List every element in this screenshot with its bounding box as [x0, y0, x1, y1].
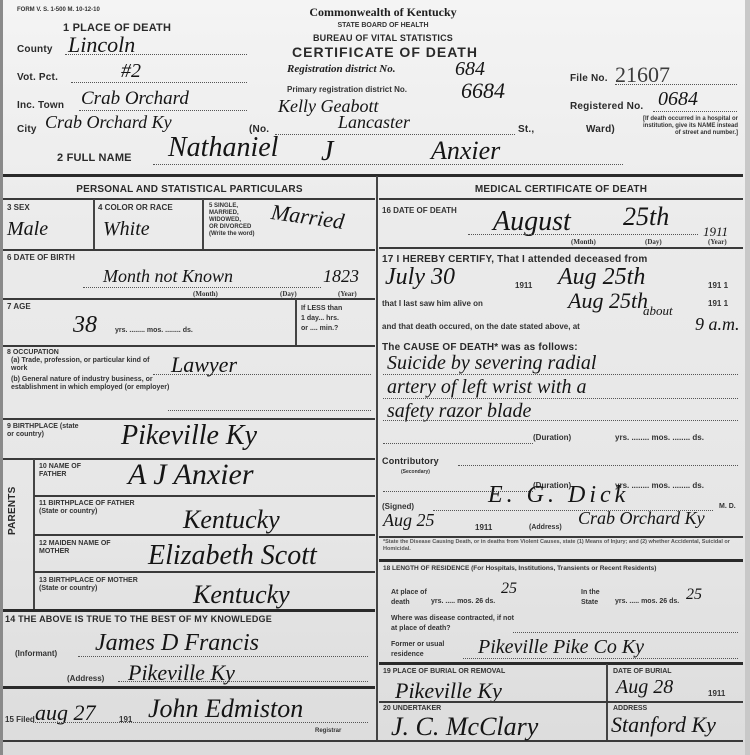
vot-pct-line: [71, 82, 247, 83]
former-residence-label: Former or usual residence: [391, 640, 461, 660]
occupation-label: 8 OCCUPATION: [7, 349, 59, 357]
row-rule: [379, 536, 743, 538]
birthplace-value: Pikeville Ky: [121, 420, 257, 452]
occupation-a-label: (a) Trade, profession, or particular kin…: [11, 357, 151, 373]
cause-rule: [383, 420, 738, 421]
cause-line-2: artery of left wrist with a: [387, 376, 586, 399]
section-rule: [379, 559, 743, 562]
date-of-death-label: 16 DATE OF DEATH: [382, 207, 457, 215]
contributory-label: Contributory: [382, 456, 439, 466]
full-name-first: Nathaniel: [168, 132, 278, 164]
signed-address-label: (Address): [529, 524, 562, 532]
header-divider: [3, 174, 743, 177]
age-value: 38: [73, 312, 97, 339]
signed-address-value: Crab Orchard Ky: [578, 508, 705, 529]
registered-no-line: [653, 111, 737, 112]
at-place-label: At place of death: [391, 588, 431, 608]
informant-address-label: (Address): [67, 675, 104, 683]
signed-value: E. G. Dick: [488, 482, 629, 509]
commonwealth-title: Commonwealth of Kentucky: [273, 5, 493, 20]
contracted-label: Where was disease contracted, if not at …: [391, 614, 521, 634]
form-number: FORM V. S. 1-500 M. 10-12-10: [17, 6, 100, 14]
age-label: 7 AGE: [7, 303, 31, 311]
inc-town-label: Inc. Town: [17, 100, 64, 111]
marital-label-line: (Write the word): [209, 231, 255, 238]
death-occurred-text: and that death occured, on the date stat…: [382, 323, 580, 331]
registration-district-label: Registration district No.: [287, 63, 396, 75]
row-rule: [34, 571, 375, 573]
less-than-line: If LESS than: [301, 304, 342, 314]
cause-rule: [383, 374, 738, 375]
marital-value: Married: [270, 199, 346, 235]
personal-heading-rule: [3, 198, 375, 200]
mother-birthplace-value: Kentucky: [193, 580, 290, 610]
column-divider: [376, 176, 378, 741]
registered-no-label: Registered No.: [570, 101, 643, 112]
attended-from: July 30: [385, 264, 455, 291]
former-residence-line: [463, 658, 738, 659]
less-than-line: 1 day... hrs.: [301, 314, 342, 324]
year-caption: (Year): [708, 238, 727, 246]
birthplace-label: 9 BIRTHPLACE (state or country): [7, 423, 87, 439]
year-caption: (Year): [338, 290, 357, 298]
sex-label: 3 SEX: [7, 204, 30, 212]
last-saw-value: Aug 25th: [568, 288, 648, 314]
mother-name-value: Elizabeth Scott: [148, 540, 317, 572]
undertaker-address-value: Stanford Ky: [611, 712, 716, 738]
race-value: White: [103, 218, 150, 241]
race-marital-divider: [202, 199, 204, 249]
medical-heading-rule: [379, 198, 743, 200]
sex-race-divider: [93, 199, 95, 249]
marital-label-line: OR DIVORCED: [209, 224, 255, 231]
burial-date-label: DATE OF BURIAL: [613, 668, 672, 676]
file-no-line: [615, 84, 737, 85]
month-caption: (Month): [193, 290, 218, 298]
bottom-rule: [3, 740, 743, 742]
death-certificate-scan: FORM V. S. 1-500 M. 10-12-10 1 PLACE OF …: [0, 0, 750, 755]
inc-town-line: [79, 110, 247, 111]
contributory-line: [458, 465, 738, 466]
last-saw-year: 191 1: [708, 300, 728, 308]
attended-to: Aug 25th: [558, 264, 645, 291]
cause-line-1: Suicide by severing radial: [387, 352, 596, 375]
attended-from-year: 1911: [515, 282, 532, 290]
city-value: Crab Orchard Ky: [45, 112, 172, 133]
month-caption: (Month): [571, 238, 596, 246]
informant-value: James D Francis: [95, 630, 259, 657]
full-name-last: Anxier: [431, 136, 500, 166]
date-of-death-day: 25th: [623, 202, 669, 232]
row-rule: [3, 298, 375, 300]
at-place-handwritten: 25: [501, 580, 517, 598]
signed-date: Aug 25: [383, 510, 435, 531]
board-title: STATE BOARD OF HEALTH: [273, 22, 493, 30]
registrar-label: Registrar: [315, 727, 341, 735]
informant-label: (Informant): [15, 650, 57, 658]
age-divider: [295, 299, 297, 345]
dob-value: Month not Known: [103, 266, 233, 287]
marital-label-line: 5 SINGLE,: [209, 203, 255, 210]
duration-line: [383, 443, 533, 444]
primary-district-label: Primary registration district No.: [287, 86, 407, 94]
in-state-handwritten: 25: [686, 586, 702, 604]
vot-pct-label: Vot. Pct.: [17, 72, 58, 83]
sex-value: Male: [7, 218, 48, 241]
death-time: 9 a.m.: [695, 314, 740, 335]
father-birthplace-value: Kentucky: [183, 505, 280, 535]
race-label: 4 COLOR OR RACE: [98, 204, 173, 212]
parents-label: PARENTS: [7, 487, 18, 535]
dob-label: 6 DATE OF BIRTH: [7, 254, 75, 262]
row-rule: [3, 345, 375, 347]
at-place-value: yrs. ..... mos. 26 ds.: [431, 598, 495, 606]
md-label: M. D.: [719, 503, 736, 511]
contributory-sub: (Secondary): [401, 468, 430, 476]
bureau-title: BUREAU OF VITAL STATISTICS: [273, 33, 493, 43]
street-line: [275, 134, 515, 135]
year-suffix: 1: [722, 224, 729, 239]
father-name-value: A J Anxier: [128, 458, 254, 492]
in-state-value: yrs. ..... mos. 26 ds.: [615, 598, 679, 606]
burial-place-label: 19 PLACE OF BURIAL OR REMOVAL: [383, 668, 505, 676]
informant-line: [78, 656, 368, 657]
contracted-line: [513, 632, 738, 633]
ward-label: Ward): [586, 124, 615, 135]
day-caption: (Day): [280, 290, 297, 298]
inc-town-value: Crab Orchard: [81, 88, 189, 110]
father-birthplace-label: 11 BIRTHPLACE OF FATHER (State or countr…: [39, 500, 139, 516]
street-value-2: Lancaster: [338, 112, 410, 133]
dob-line: [83, 287, 321, 288]
row-rule: [379, 247, 743, 249]
signed-year: 1911: [475, 524, 492, 532]
marital-label-line: MARRIED,: [209, 210, 255, 217]
age-units: yrs. ........ mos. ........ ds.: [115, 327, 193, 335]
row-rule: [379, 701, 743, 703]
occupation-line: [153, 374, 371, 375]
file-no-label: File No.: [570, 73, 608, 84]
full-name-line: [153, 164, 623, 165]
occupation-b-line: [168, 410, 371, 411]
death-time-note: about: [643, 303, 673, 319]
year-prefix: 191: [703, 224, 722, 239]
city-label: City: [17, 124, 37, 135]
dob-year: 1823: [323, 266, 359, 287]
informant-address-line: [118, 681, 368, 682]
full-name-label: 2 FULL NAME: [57, 152, 132, 164]
in-state-label: In the State: [581, 588, 611, 608]
filed-label: 15 Filed: [5, 716, 35, 724]
hospital-note: [If death occurred in a hospital or inst…: [638, 116, 738, 137]
vot-pct-value: #2: [121, 60, 141, 83]
day-caption: (Day): [645, 238, 662, 246]
personal-heading: PERSONAL AND STATISTICAL PARTICULARS: [3, 184, 376, 195]
mother-name-label: 12 MAIDEN NAME OF MOTHER: [39, 540, 139, 556]
row-rule: [3, 249, 375, 251]
primary-district-value: 6684: [461, 78, 505, 104]
mother-birthplace-label: 13 BIRTHPLACE OF MOTHER (State or countr…: [39, 577, 139, 593]
marital-label: 5 SINGLE, MARRIED, WIDOWED, OR DIVORCED …: [209, 203, 255, 238]
attended-to-year: 191 1: [708, 282, 728, 290]
st-label: St.,: [518, 124, 534, 135]
residence-label: 18 LENGTH OF RESIDENCE (For Hospitals, I…: [383, 565, 739, 573]
true-statement: 14 THE ABOVE IS TRUE TO THE BEST OF MY K…: [5, 614, 272, 624]
duration-label: (Duration): [533, 434, 571, 442]
father-name-label: 10 NAME OF FATHER: [39, 463, 109, 479]
county-line: [65, 54, 247, 55]
registered-no-value: 0684: [658, 88, 698, 111]
county-label: County: [17, 44, 53, 55]
section-rule: [379, 662, 743, 665]
less-than-line: or .... min.?: [301, 324, 342, 334]
medical-heading: MEDICAL CERTIFICATE OF DEATH: [379, 184, 743, 195]
date-of-death-line: [468, 234, 698, 235]
duration-units: yrs. ........ mos. ........ ds.: [615, 434, 704, 442]
occupation-b-label: (b) General nature of industry business,…: [11, 376, 171, 392]
former-residence-value: Pikeville Pike Co Ky: [478, 636, 644, 659]
section-rule: [3, 609, 375, 612]
informant-address-value: Pikeville Ky: [128, 660, 235, 686]
undertaker-value: J. C. McClary: [391, 712, 538, 742]
cause-rule: [383, 398, 738, 399]
less-than-label: If LESS than 1 day... hrs. or .... min.?: [301, 304, 342, 334]
row-rule: [34, 534, 375, 536]
section-rule: [3, 686, 375, 689]
scan-edge: [745, 0, 750, 755]
burial-year: 1911: [708, 690, 725, 698]
burial-date-value: Aug 28: [616, 676, 673, 699]
cause-footnote: *State the Disease Causing Death, or in …: [383, 539, 739, 553]
marital-label-line: WIDOWED,: [209, 217, 255, 224]
row-rule: [34, 495, 375, 497]
last-saw-text: that I last saw him alive on: [382, 300, 483, 308]
filed-line: [33, 722, 368, 723]
registrar-value: John Edmiston: [148, 694, 303, 724]
